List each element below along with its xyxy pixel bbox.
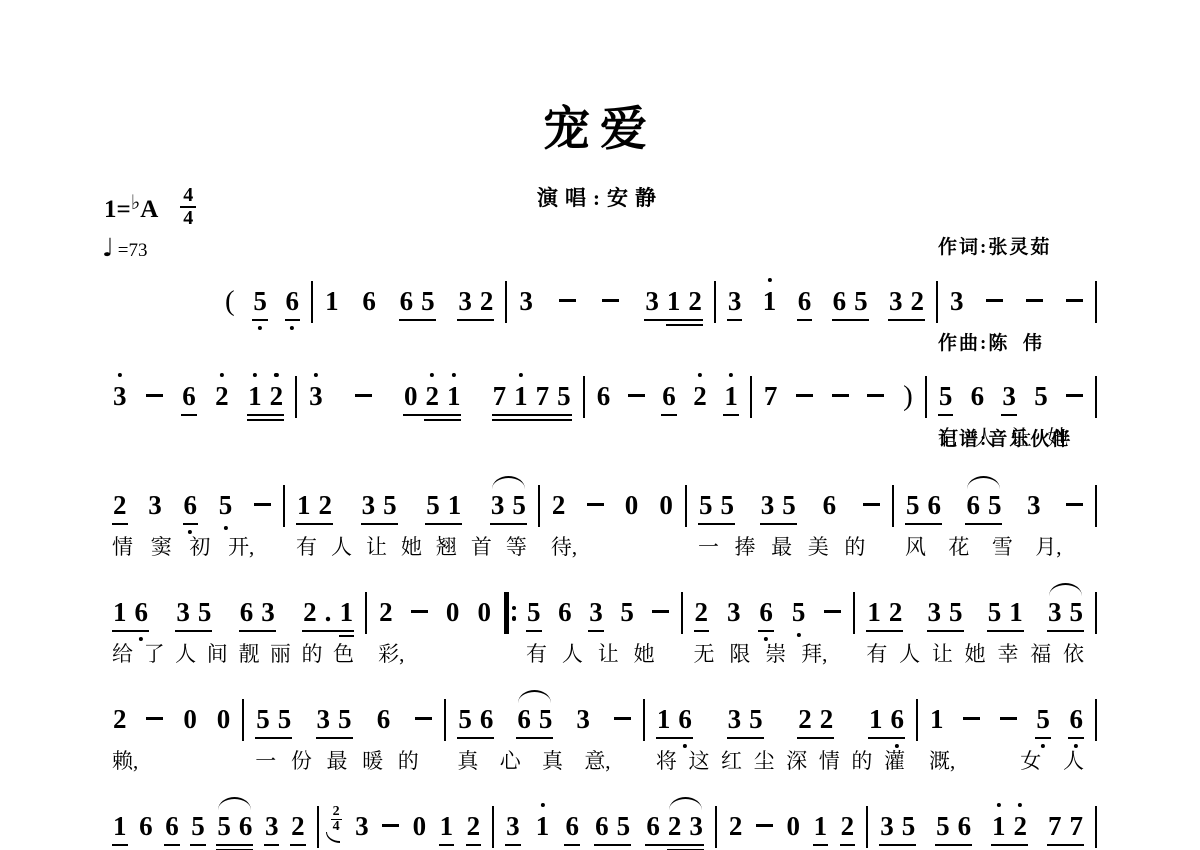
note: 5 xyxy=(699,490,713,520)
measure: 55356一捧最美的 xyxy=(690,490,889,561)
beam-group: 32 xyxy=(889,286,924,316)
lyric-syllable: 的 xyxy=(301,640,322,668)
sheet-music-page: 宠爱 演唱:安静 作词:张灵茹 作曲:陈 伟 记谱:音乐伙伴 1=♭A 4 4 … xyxy=(0,0,1200,850)
beam-group: 7175 xyxy=(493,381,571,411)
digit: 6 xyxy=(662,381,676,411)
lyric-syllable: 最 xyxy=(327,747,348,775)
note: 3 xyxy=(889,286,903,316)
note: 2 xyxy=(291,811,305,841)
digit: 6 xyxy=(182,381,196,411)
beam-line xyxy=(247,414,284,416)
repeat-start-sign xyxy=(504,592,516,634)
digit: 5 xyxy=(699,490,713,520)
digit: 1 xyxy=(514,381,528,411)
key-tonic: A xyxy=(140,196,158,223)
notes-row: 12355135 xyxy=(288,490,535,520)
beam-group: 35 xyxy=(761,490,796,520)
beam-line xyxy=(991,844,1028,846)
time-signature-main: 4 4 xyxy=(180,186,196,228)
note: 7 xyxy=(493,381,507,411)
beam-line xyxy=(112,630,149,632)
measure: 3312 xyxy=(510,286,711,316)
song-title: 宠爱 xyxy=(0,92,1200,159)
lyric-syllable: 她 xyxy=(1047,424,1068,452)
note: 2 xyxy=(911,286,925,316)
beam-group: 35 xyxy=(880,811,915,841)
beam-group: 35 xyxy=(362,490,397,520)
digit: 5 xyxy=(949,597,963,627)
lyrics-row: 一份最暖的 xyxy=(247,747,441,775)
beam-line xyxy=(1035,737,1051,739)
digit: 2 xyxy=(425,381,439,411)
measure: 166532 xyxy=(316,286,502,316)
note: 6 xyxy=(165,811,179,841)
notes-row: 243012 xyxy=(322,811,490,841)
note: 1 xyxy=(113,597,127,627)
notes-row: 2365 xyxy=(686,597,851,627)
duration-dash xyxy=(587,490,604,520)
note: 2 xyxy=(552,490,566,520)
note: 2 xyxy=(215,381,229,411)
digit: 2 xyxy=(379,597,393,627)
digit: 1 xyxy=(340,597,354,627)
note: 1 xyxy=(448,490,462,520)
lyric-syllable: 月, xyxy=(1035,533,1061,561)
beam-line xyxy=(457,737,494,739)
measure: 3166532 xyxy=(719,286,933,316)
note: 1 xyxy=(340,597,354,627)
rest: 0 xyxy=(659,490,673,520)
note: 3 xyxy=(261,597,275,627)
note: 5 xyxy=(906,490,920,520)
note: 5 xyxy=(191,811,205,841)
notes-row: 7) xyxy=(755,381,922,411)
beam-line xyxy=(905,523,942,525)
digit: 5 xyxy=(539,704,553,734)
beam-line xyxy=(285,319,301,321)
slur-group: 56 xyxy=(217,811,252,841)
digit: 1 xyxy=(867,597,881,627)
digit: 2 xyxy=(889,597,903,627)
barline xyxy=(505,281,507,323)
notes-row: 200 xyxy=(104,704,239,734)
lyric-syllable: 了 xyxy=(144,640,165,668)
beam-line xyxy=(987,630,1024,632)
digit: 3 xyxy=(727,597,741,627)
lyric-syllable: 一 xyxy=(698,533,719,561)
duration-dash xyxy=(146,381,163,411)
note: 2 xyxy=(113,704,127,734)
lyric-syllable: 翘 xyxy=(436,533,457,561)
beam-line xyxy=(727,737,764,739)
note: 6 xyxy=(798,286,812,316)
digit: 6 xyxy=(891,704,905,734)
notes-row: 200 xyxy=(543,490,682,520)
digit: 2 xyxy=(693,381,707,411)
beam-group: 12 xyxy=(667,286,702,316)
digit: 1 xyxy=(447,381,461,411)
octave-dot-high xyxy=(519,373,523,377)
beam-line xyxy=(492,414,572,416)
note: 3 xyxy=(519,286,533,316)
note: 2 xyxy=(688,286,702,316)
note: 6 xyxy=(966,490,980,520)
lyrics-row: 待, xyxy=(543,533,682,561)
beam-line xyxy=(112,844,128,846)
octave-dot-high xyxy=(698,373,702,377)
rest: 0 xyxy=(477,597,491,627)
octave-dot-low xyxy=(258,326,262,330)
beam-line xyxy=(264,844,280,846)
digit: ( xyxy=(225,286,235,316)
note: 2 xyxy=(113,490,127,520)
digit: 6 xyxy=(966,490,980,520)
note: 2 xyxy=(889,597,903,627)
barline xyxy=(1095,806,1097,848)
duration-dash xyxy=(355,381,372,411)
lyric-syllable: 捧 xyxy=(735,533,756,561)
beam-group: 56 xyxy=(936,811,971,841)
note: 2 xyxy=(1014,811,1028,841)
digit: 6 xyxy=(240,597,254,627)
beam-line xyxy=(457,319,494,321)
measure: 2365无限崇拜, xyxy=(686,597,851,668)
beam-group: 12 xyxy=(867,597,902,627)
key-prefix: 1= xyxy=(104,196,131,223)
notes-row: 16655632 xyxy=(104,811,314,841)
slur-group: 35 xyxy=(491,490,526,520)
lyrics-row: 给了人间靓丽的色 xyxy=(104,640,362,668)
note: 3 xyxy=(880,811,894,841)
digit: 6 xyxy=(1069,704,1083,734)
lyric-syllable: 最 xyxy=(771,533,792,561)
duration-dash xyxy=(614,704,631,734)
lyric-syllable: 首 xyxy=(471,533,492,561)
parenthesis: ( xyxy=(225,286,235,316)
notes-row: 56653 xyxy=(449,704,639,734)
beam-group: 32 xyxy=(458,286,493,316)
beam-line xyxy=(526,630,542,632)
repeat-dot xyxy=(512,606,517,611)
digit: 3 xyxy=(309,381,323,411)
digit: 6 xyxy=(139,811,153,841)
note: 5 xyxy=(278,704,292,734)
lyric-syllable: 将 xyxy=(656,747,677,775)
beam-line xyxy=(316,737,353,739)
digit: 3 xyxy=(458,286,472,316)
beam-line xyxy=(399,319,436,321)
note: 2 xyxy=(270,381,284,411)
digit: 3 xyxy=(148,490,162,520)
note: 7 xyxy=(1048,811,1062,841)
digit: 5 xyxy=(988,597,1002,627)
lyrics-row: 有人让她 xyxy=(518,640,678,668)
system-line-3: 2365情窦初开,12355135有人让她翘首等200待,55356一捧最美的5… xyxy=(104,490,1100,561)
lyrics-row: 有人让她 xyxy=(930,424,1092,452)
measure: 31665623 xyxy=(497,811,712,841)
notes-row: 5635 xyxy=(518,597,678,627)
notes-row: 3166532 xyxy=(719,286,933,316)
beam-group: 35 xyxy=(176,597,211,627)
note: 7 xyxy=(536,381,550,411)
measure: 200待, xyxy=(543,490,682,561)
digit: 1 xyxy=(1009,597,1023,627)
digit: 1 xyxy=(667,286,681,316)
beam-line xyxy=(183,523,199,525)
notes-row: 1635632.1 xyxy=(104,597,362,627)
note: 3 xyxy=(727,597,741,627)
lyric-syllable: 意, xyxy=(584,747,610,775)
lyric-syllable: 人 xyxy=(974,424,995,452)
note: 6 xyxy=(971,381,985,411)
beam-group: 35 xyxy=(728,704,763,734)
note: 6 xyxy=(1069,704,1083,734)
octave-dot-high xyxy=(729,373,733,377)
note: 1 xyxy=(667,286,681,316)
digit: 2 xyxy=(688,286,702,316)
digit: 5 xyxy=(792,597,806,627)
lyrics-row: 一捧最美的 xyxy=(690,533,889,561)
slur-group: 35 xyxy=(1048,597,1083,627)
digit: 6 xyxy=(517,704,531,734)
lyric-syllable: 有 xyxy=(296,533,317,561)
rest: 0 xyxy=(446,597,460,627)
beam-line xyxy=(290,844,306,846)
note: 2 xyxy=(668,811,682,841)
digit: 0 xyxy=(446,597,460,627)
digit: 5 xyxy=(421,286,435,316)
lyric-syllable: 有 xyxy=(866,640,887,668)
duration-dash xyxy=(382,811,399,841)
barline xyxy=(715,806,717,848)
lyrics-row: 有人让她翘首等 xyxy=(288,533,535,561)
note: 3 xyxy=(761,490,775,520)
duration-dash xyxy=(1066,381,1083,411)
barline xyxy=(365,592,367,634)
note: 5 xyxy=(217,811,231,841)
beam-group: 55 xyxy=(256,704,291,734)
digit: ) xyxy=(903,381,913,411)
lyric-syllable: 的 xyxy=(844,533,865,561)
barline xyxy=(317,806,319,848)
note: 5 xyxy=(256,704,270,734)
note: 7 xyxy=(764,381,778,411)
measure: 156溉,女人 xyxy=(921,704,1092,775)
barline xyxy=(750,376,752,418)
lyric-syllable: 溉, xyxy=(929,747,955,775)
digit: 3 xyxy=(689,811,703,841)
lyric-syllable: 幸 xyxy=(997,640,1018,668)
beam-group: 63 xyxy=(240,597,275,627)
note: 6 xyxy=(139,811,153,841)
digit: 1 xyxy=(869,704,883,734)
rest: 0 xyxy=(183,704,197,734)
digit: 5 xyxy=(620,597,634,627)
note: 3 xyxy=(506,811,520,841)
beam-group: 77 xyxy=(1048,811,1083,841)
digit: 5 xyxy=(936,811,950,841)
tempo-marking: ♩=73 xyxy=(102,233,148,262)
notes-row: 55356 xyxy=(247,704,441,734)
digit: 3 xyxy=(889,286,903,316)
note: 5 xyxy=(792,597,806,627)
note: 5 xyxy=(617,811,631,841)
digit: 3 xyxy=(506,811,520,841)
octave-dot-low xyxy=(223,526,227,530)
repeat-thick-bar xyxy=(504,592,509,634)
notes-row: 31665623 xyxy=(497,811,712,841)
lyric-syllable: 灌 xyxy=(884,747,905,775)
beam-line xyxy=(645,844,704,846)
ts-numerator: 2 xyxy=(331,805,342,820)
digit: 6 xyxy=(135,597,149,627)
note: 3 xyxy=(176,597,190,627)
digit: 3 xyxy=(491,490,505,520)
barline xyxy=(1095,485,1097,527)
digit: 1 xyxy=(724,381,738,411)
digit: 1 xyxy=(325,286,339,316)
digit: 0 xyxy=(404,381,418,411)
beam-line xyxy=(403,414,462,416)
lyric-syllable: 窦 xyxy=(151,533,172,561)
digit: 3 xyxy=(355,811,369,841)
lyric-syllable: 让 xyxy=(366,533,387,561)
parenthesis: ) xyxy=(903,381,913,411)
note: 5 xyxy=(198,597,212,627)
lyric-syllable: 这 xyxy=(688,747,709,775)
lyric-syllable: 一 xyxy=(255,747,276,775)
lyric-syllable: 限 xyxy=(729,640,750,668)
digit: 5 xyxy=(720,490,734,520)
key-signature: 1=♭A 4 4 xyxy=(104,190,196,228)
duration-dash xyxy=(602,286,619,316)
beam-line xyxy=(247,419,284,421)
note: 5 xyxy=(1070,597,1084,627)
digit: 3 xyxy=(317,704,331,734)
digit: 2 xyxy=(820,704,834,734)
rest: 0 xyxy=(787,811,801,841)
digit: 1 xyxy=(297,490,311,520)
note: 5 xyxy=(620,597,634,627)
measure: 56653真心真意, xyxy=(449,704,639,775)
lyrics-row: 赖, xyxy=(104,747,239,775)
digit: 2 xyxy=(291,811,305,841)
digit: 6 xyxy=(823,490,837,520)
beam-group: 51 xyxy=(426,490,461,520)
duration-dash xyxy=(254,490,271,520)
beam-line xyxy=(698,523,735,525)
system-line-4: 1635632.1给了人间靓丽的色200彩,5635有人让她2365无限崇拜,1… xyxy=(104,597,1100,668)
duration-dash xyxy=(963,704,980,734)
note: 3 xyxy=(1027,490,1041,520)
lyric-syllable: 她 xyxy=(965,640,986,668)
note: 5 xyxy=(949,597,963,627)
digit: 6 xyxy=(165,811,179,841)
beam-group: 22 xyxy=(798,704,833,734)
beam-line xyxy=(927,630,964,632)
beam-line xyxy=(727,319,743,321)
lyric-syllable: 色 xyxy=(333,640,354,668)
note: 6 xyxy=(927,490,941,520)
beam-line xyxy=(840,844,856,846)
digit: 7 xyxy=(764,381,778,411)
note: 6 xyxy=(595,811,609,841)
beam-line xyxy=(694,630,710,632)
slur-group: 65 xyxy=(966,490,1001,520)
digit: 1 xyxy=(440,811,454,841)
digit: 2 xyxy=(113,704,127,734)
digit: 5 xyxy=(278,704,292,734)
beam-line xyxy=(666,324,703,326)
beam-line xyxy=(1001,414,1017,416)
note: 3 xyxy=(265,811,279,841)
barline xyxy=(925,376,927,418)
beam-line xyxy=(164,844,180,846)
beam-line xyxy=(1047,630,1084,632)
note: 2 xyxy=(480,286,494,316)
system-line-5: 200赖,55356一份最暖的56653真心真意,16352216将这红尘深情的… xyxy=(104,704,1100,775)
beam-line xyxy=(1047,844,1084,846)
beam-group: 35 xyxy=(928,597,963,627)
note: 6 xyxy=(833,286,847,316)
digit: 3 xyxy=(1048,597,1062,627)
note: 5 xyxy=(936,811,950,841)
lyric-syllable: 靓 xyxy=(238,640,259,668)
time-signature-change: 24 xyxy=(331,805,342,835)
note: 2 xyxy=(693,381,707,411)
system-line-1: (56166532331231665323 xyxy=(216,286,1100,323)
note: 6 xyxy=(239,811,253,841)
digit: 6 xyxy=(798,286,812,316)
note: 1 xyxy=(297,490,311,520)
note: 5 xyxy=(988,597,1002,627)
tempo-value: =73 xyxy=(118,240,148,261)
beam-line xyxy=(656,737,693,739)
beam-line xyxy=(644,319,703,321)
note: 5 xyxy=(527,597,541,627)
digit: 6 xyxy=(927,490,941,520)
digit: 3 xyxy=(265,811,279,841)
lyric-syllable: 她 xyxy=(634,640,655,668)
octave-dot-high xyxy=(253,373,257,377)
duration-dash xyxy=(628,381,645,411)
repeat-dots xyxy=(512,592,517,634)
notes-row: 166532 xyxy=(316,286,502,316)
lyric-syllable: 真 xyxy=(542,747,563,775)
digit: 5 xyxy=(527,597,541,627)
note: 6 xyxy=(662,381,676,411)
octave-dot-high xyxy=(767,278,771,282)
measure: 200彩, xyxy=(370,597,500,668)
note: 6 xyxy=(377,704,391,734)
digit: 3 xyxy=(519,286,533,316)
lyrics-row: 有人让她幸福依 xyxy=(858,640,1092,668)
beam-line xyxy=(492,419,572,421)
beam-line xyxy=(935,844,972,846)
note: 3 xyxy=(645,286,659,316)
octave-dot-high xyxy=(430,373,434,377)
rest: 0 xyxy=(413,811,427,841)
quarter-note-icon: ♩ xyxy=(102,233,114,262)
measure: 16352216将这红尘深情的灌 xyxy=(648,704,913,775)
note: 3 xyxy=(113,381,127,411)
lyrics-row: 真心真意, xyxy=(449,747,639,775)
beam-group: 16 xyxy=(657,704,692,734)
digit: 3 xyxy=(362,490,376,520)
measure: 5635有人让她 xyxy=(518,597,678,668)
note: 6 xyxy=(286,286,300,316)
octave-dot-high xyxy=(220,373,224,377)
